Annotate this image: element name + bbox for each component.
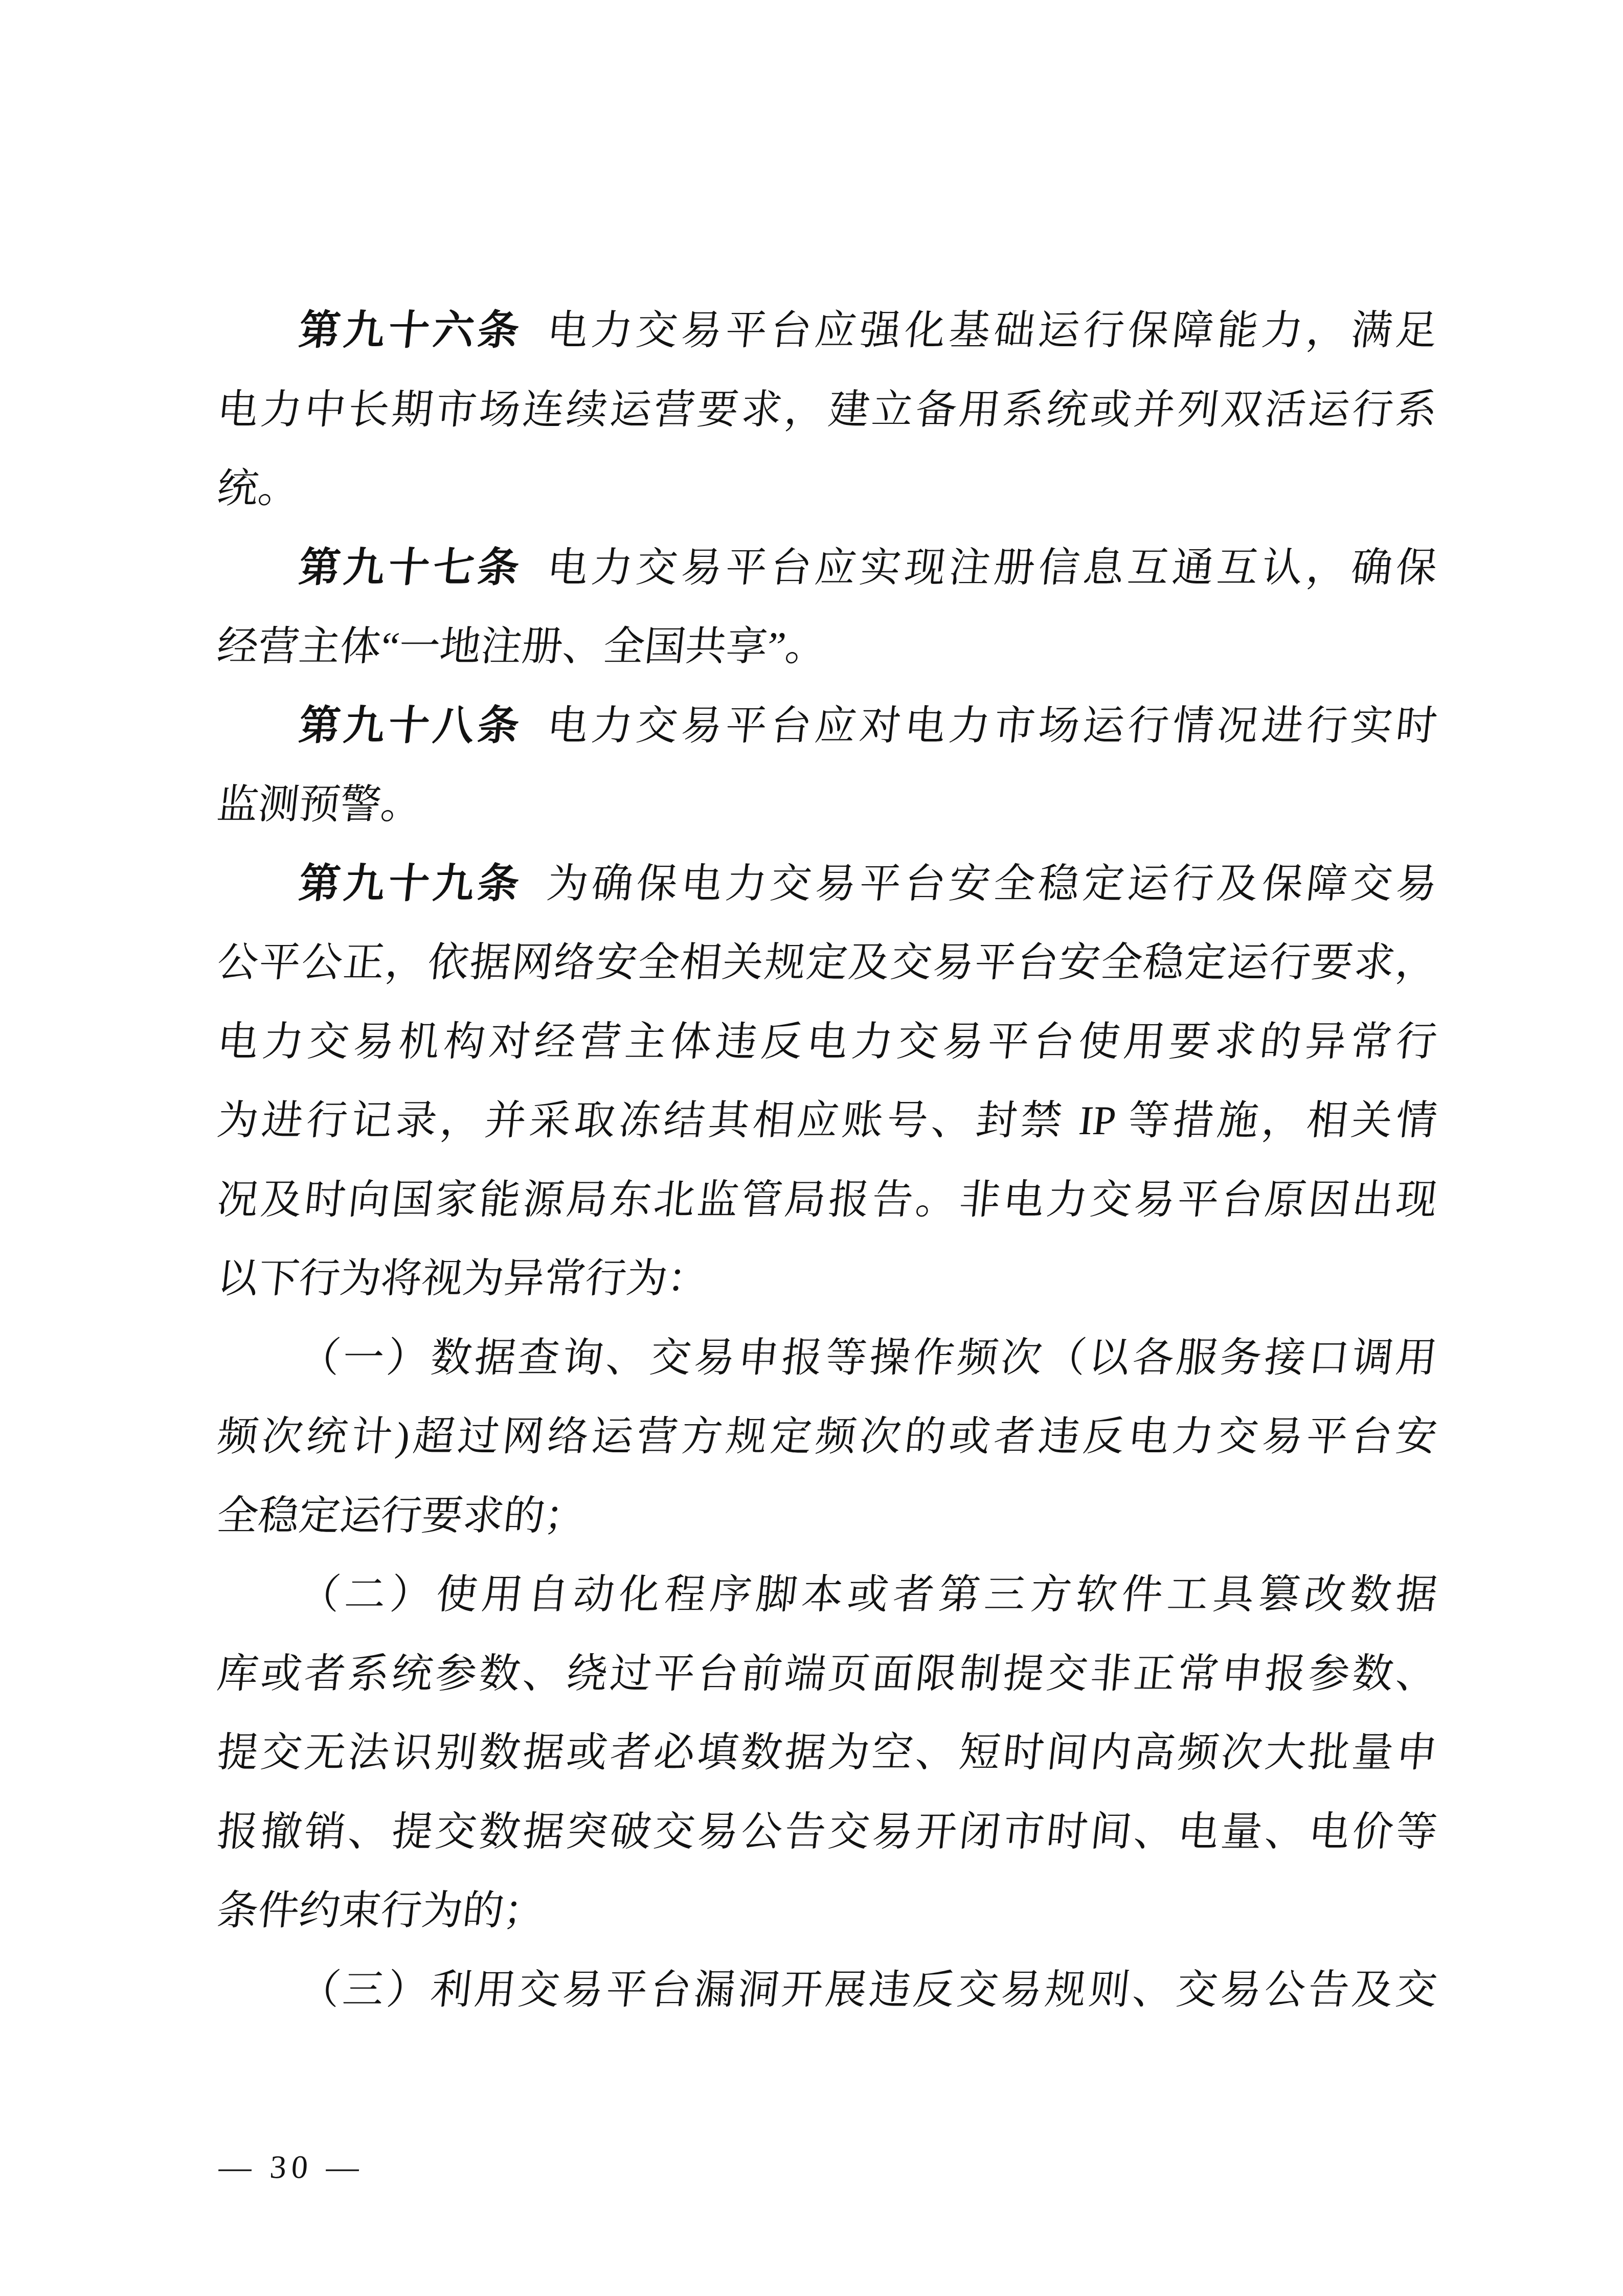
line-text: 电力交易平台应强化基础运行保障能力，满足 bbox=[545, 308, 1439, 353]
text-line: 况及时向国家能源局东北监管局报告。非电力交易平台原因出现 bbox=[213, 1161, 1441, 1240]
line-text: 为确保电力交易平台安全稳定运行及保障交易 bbox=[545, 862, 1439, 907]
text-line: 电力交易机构对经营主体违反电力交易平台使用要求的异常行 bbox=[213, 1003, 1441, 1082]
document-page: 第九十六条电力交易平台应强化基础运行保障能力，满足 电力中长期市场连续运营要求，… bbox=[0, 0, 1623, 2296]
line-text: 电力交易平台应实现注册信息互通互认，确保 bbox=[545, 546, 1439, 591]
text-line-article-99-start: 第九十九条为确保电力交易平台安全稳定运行及保障交易 bbox=[213, 845, 1441, 924]
line-text: 电力交易机构对经营主体违反电力交易平台使用要求的异常行 bbox=[215, 1020, 1439, 1065]
text-line: 公平公正，依据网络安全相关规定及交易平台安全稳定运行要求， bbox=[213, 924, 1441, 1003]
line-text: 经营主体“一地注册、全国共享”。 bbox=[215, 624, 828, 669]
line-text: 况及时向国家能源局东北监管局报告。非电力交易平台原因出现 bbox=[215, 1178, 1439, 1223]
text-line-article-96-start: 第九十六条电力交易平台应强化基础运行保障能力，满足 bbox=[213, 291, 1441, 371]
line-text: 条件约束行为的； bbox=[215, 1888, 547, 1933]
text-line: 提交无法识别数据或者必填数据为空、短时间内高频次大批量申 bbox=[213, 1714, 1441, 1793]
text-line-paragraph-end: 条件约束行为的； bbox=[213, 1872, 1441, 1951]
line-text: 监测预警。 bbox=[215, 782, 424, 827]
line-text: （三）利用交易平台漏洞开展违反交易规则、交易公告及交 bbox=[297, 1968, 1439, 2013]
line-text: 统。 bbox=[215, 466, 301, 511]
text-line: 电力中长期市场连续运营要求，建立备用系统或并列双活运行系 bbox=[213, 371, 1441, 450]
page-footer: — 30 — bbox=[217, 2147, 366, 2188]
line-text: 提交无法识别数据或者必填数据为空、短时间内高频次大批量申 bbox=[215, 1730, 1439, 1775]
line-text: 全稳定运行要求的； bbox=[215, 1494, 588, 1539]
line-text: 电力中长期市场连续运营要求，建立备用系统或并列双活运行系 bbox=[215, 388, 1439, 433]
text-line: 频次统计)超过网络运营方规定频次的或者违反电力交易平台安 bbox=[213, 1398, 1441, 1477]
text-line-paragraph-end: 经营主体“一地注册、全国共享”。 bbox=[213, 607, 1441, 687]
line-text: 库或者系统参数、绕过平台前端页面限制提交非正常申报参数、 bbox=[215, 1652, 1439, 1697]
text-line-item-1-start: （一）数据查询、交易申报等操作频次（以各服务接口调用 bbox=[213, 1319, 1441, 1398]
line-text: 为进行记录，并采取冻结其相应账号、封禁 IP 等措施，相关情 bbox=[215, 1098, 1439, 1143]
article-number: 第九十九条 bbox=[297, 862, 525, 907]
document-body: 第九十六条电力交易平台应强化基础运行保障能力，满足 电力中长期市场连续运营要求，… bbox=[217, 291, 1437, 2030]
text-line: 库或者系统参数、绕过平台前端页面限制提交非正常申报参数、 bbox=[213, 1635, 1441, 1714]
line-text: 电力交易平台应对电力市场运行情况进行实时 bbox=[545, 704, 1439, 749]
line-text: （二）使用自动化程序脚本或者第三方软件工具篡改数据 bbox=[297, 1572, 1439, 1617]
article-number: 第九十七条 bbox=[297, 546, 525, 591]
text-line-paragraph-end: 监测预警。 bbox=[213, 766, 1441, 845]
article-number: 第九十八条 bbox=[297, 704, 525, 749]
article-number: 第九十六条 bbox=[297, 308, 525, 353]
text-line-item-2-start: （二）使用自动化程序脚本或者第三方软件工具篡改数据 bbox=[213, 1556, 1441, 1635]
line-text: 公平公正，依据网络安全相关规定及交易平台安全稳定运行要求， bbox=[215, 940, 1439, 985]
text-line: 报撤销、提交数据突破交易公告交易开闭市时间、电量、电价等 bbox=[213, 1793, 1441, 1872]
line-text: 以下行为将视为异常行为： bbox=[215, 1256, 710, 1301]
page-number: — 30 — bbox=[218, 2149, 366, 2185]
text-line-paragraph-end: 全稳定运行要求的； bbox=[213, 1477, 1441, 1556]
text-line-paragraph-end: 以下行为将视为异常行为： bbox=[213, 1240, 1441, 1319]
text-line: 为进行记录，并采取冻结其相应账号、封禁 IP 等措施，相关情 bbox=[213, 1082, 1441, 1161]
text-line-article-97-start: 第九十七条电力交易平台应实现注册信息互通互认，确保 bbox=[213, 529, 1441, 608]
line-text: 频次统计)超过网络运营方规定频次的或者违反电力交易平台安 bbox=[215, 1414, 1439, 1459]
line-text: （一）数据查询、交易申报等操作频次（以各服务接口调用 bbox=[297, 1336, 1439, 1381]
text-line-item-3-start: （三）利用交易平台漏洞开展违反交易规则、交易公告及交 bbox=[213, 1951, 1441, 2030]
line-text: 报撤销、提交数据突破交易公告交易开闭市时间、电量、电价等 bbox=[215, 1810, 1439, 1855]
text-line-article-98-start: 第九十八条电力交易平台应对电力市场运行情况进行实时 bbox=[213, 687, 1441, 766]
text-line-paragraph-end: 统。 bbox=[213, 449, 1441, 529]
